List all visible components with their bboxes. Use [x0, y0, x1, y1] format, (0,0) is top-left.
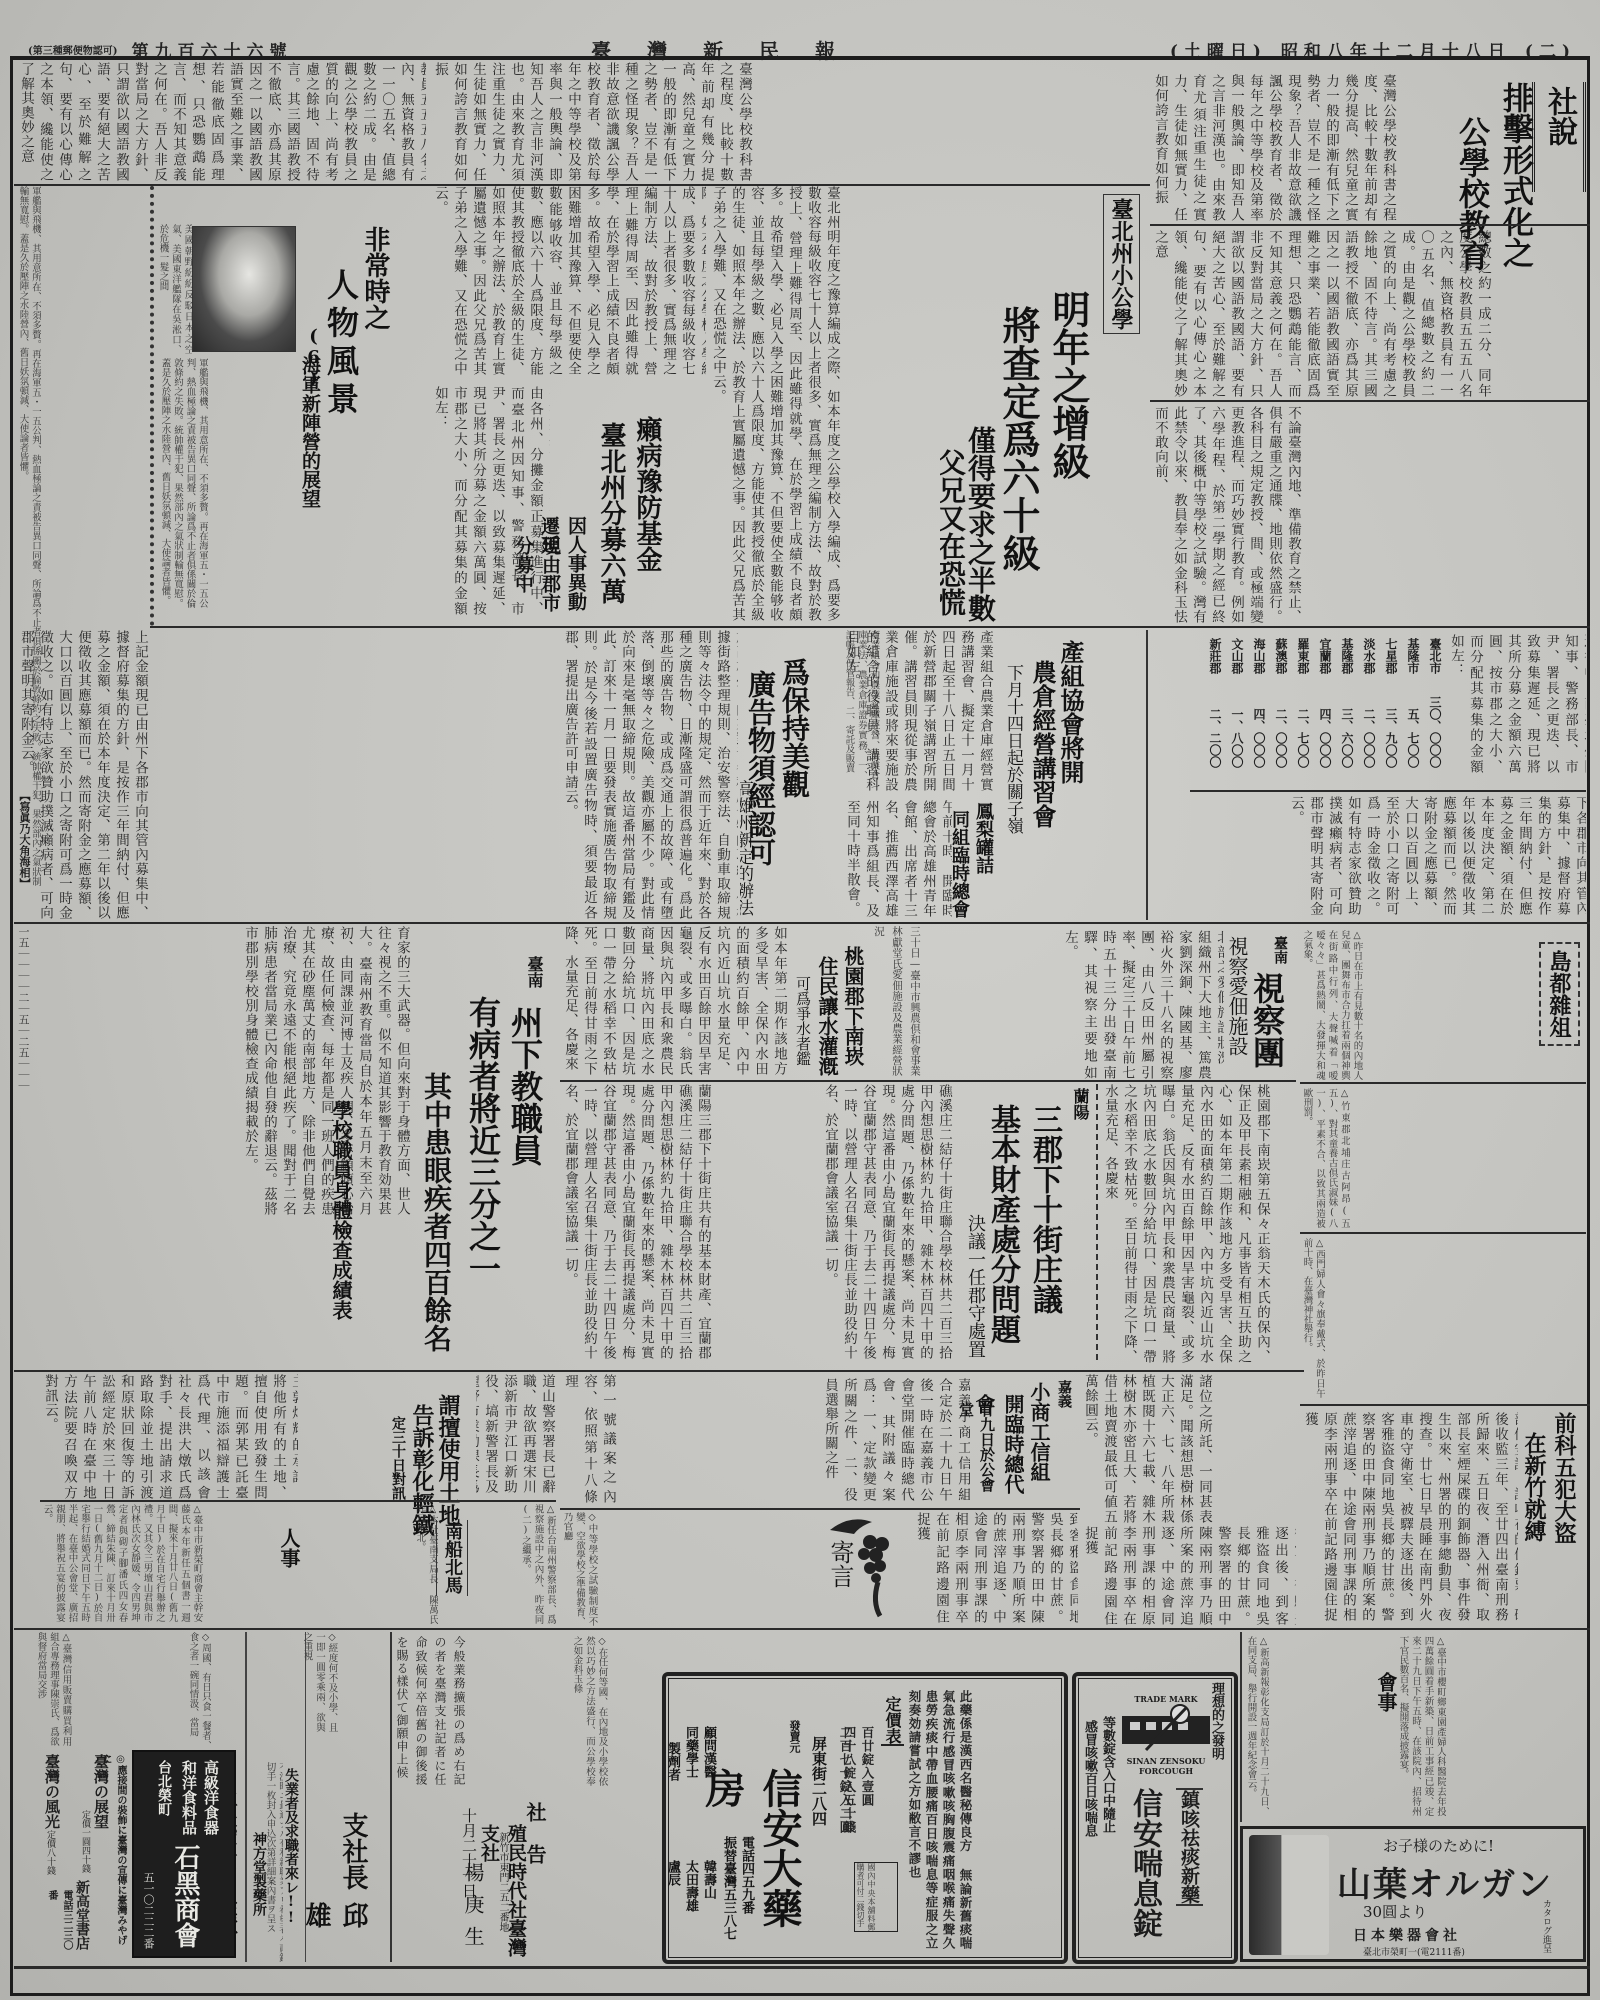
ad-yamaha-organ[interactable]: お子様のために! 山葉オルガン 30圓より 日本樂器會社 臺北市榮町一(電211…	[1240, 1826, 1586, 1962]
staff-member: 製劑者	[663, 1742, 682, 1781]
subheadline: 可爲爭水者鑑	[793, 976, 814, 1066]
table-row: 海山郡四、〇〇〇	[1246, 638, 1268, 768]
subheadline: 決議一任郡守處置	[962, 1214, 988, 1358]
column-events: 會事 △臺中市櫻町鄉東園產婦人科醫院去年投四萬餘圓着手新築、日前工事經已竣、定來…	[1240, 1632, 1586, 1822]
organ-tagline: お子様のために!	[1383, 1835, 1494, 1856]
tour-itinerary: 三十日—臺中市興農倶和會事業林獻堂氏愛佃施設及農業經營狀況	[870, 926, 1058, 1076]
book-title-1: 臺灣の展望	[91, 1754, 112, 1829]
subheadline: 高雄州新定的辦法	[740, 780, 756, 916]
newspaper-page: (二) 昭和八年十二月十八日 (土曜日) 臺灣新民報 第九百六十六號 (第三種郵…	[0, 0, 1600, 2000]
column-title: 南船北馬	[436, 1520, 468, 1596]
organ-address: 臺北市榮町一(電2111番)	[1363, 1945, 1465, 1958]
column-title: 寄言	[823, 1540, 858, 1588]
ad-shinan-pharmacy[interactable]: 此藥係是漢西名醫秘傳良方 無論新舊痰喘氣急流行感冒咳嗽咳胸腹震痛咽喉痛失聲久患勞…	[662, 1672, 1068, 1964]
trademark-logo-icon: TRADE MARK SINAN ZENSOKU FORCOUGH	[1116, 1694, 1216, 1774]
zensoku-product: 信安喘息錠	[1122, 1788, 1166, 1938]
article-property-end: 諸位之所託、一同甚表滿足。聞該想思樹林係大正六、七、八年所栽植既閱十六七載、雜木…	[1080, 1374, 1296, 1524]
organ-catalog: カタログ進呈	[1540, 1899, 1553, 1953]
divider	[14, 1370, 1304, 1372]
column-shipping: △新任台南州警察部長、爲視察施設中之內外、昨夜同(二)之繼承。 南船北馬 △本社…	[310, 1504, 556, 1624]
notice-company-name: 殖民時代社臺灣支社	[476, 1824, 530, 1962]
editorial-continued-left: 總數之約一成二分、同年度公學校教員五五五八名之內、無資格教員有一一〇五名、值總數…	[16, 62, 426, 182]
portrait-photo	[192, 226, 296, 352]
column-islet-miscellany: 島都雜俎 △昨日在市上有見數十名的內地人兒童、團舞布市合力扛着兩個神輿在街路中行…	[1300, 926, 1586, 1402]
editorial-body-1: 臺灣公學校教科書之程度、比較十數年前却有幾分提高、然兒童之實力一般的即漸有低下之…	[1150, 74, 1426, 222]
article-advert-regulation: 爲保持美觀 廣告物須經認可 高雄州新定的辦法	[740, 630, 840, 920]
table-row: 宜蘭郡四、〇〇〇	[1312, 638, 1334, 768]
ishiguro-phone: 五一〇二二二番	[140, 1872, 156, 1949]
divider	[40, 1500, 556, 1502]
health-table: 一五｜｜｜｜二｜五｜二五｜｜｜	[16, 926, 316, 1366]
article-thief-continued: 新竹州警務部長室於念五日夜、有梁上君子、趁空而入、此事在別項和文通信欄、已誌出。…	[1080, 1526, 1296, 1626]
article-chiayi: 嘉義 小商工信組 開臨時總代會 廿九日於公會堂 嘉義小商工信用組合定於二十九日午…	[820, 1374, 1078, 1504]
signer-name: 邱雄	[300, 1902, 372, 1962]
table-row: 基隆郡三、六〇〇	[1334, 638, 1356, 768]
table-row: 臺北市三〇、〇〇〇	[1422, 638, 1444, 768]
article-pineapple: 鳳梨罐詰 同組臨時總會 臺灣鳳梨罐詰同業組合、於二十六日午前十時、開臨時總會於高…	[842, 796, 998, 920]
table-row: 淡水郡二、〇〇〇	[1356, 638, 1378, 768]
ad-jobs[interactable]: 失業者及求職者來レ!! 不況時ニ最適ナル有利新職業アリ希望者ハ貳錢切手一枚封入申…	[246, 1632, 306, 1962]
seller-label: 發賣元	[786, 1720, 802, 1753]
series-title: 人物風景	[318, 268, 364, 420]
staff-member: 顧問漢醫	[699, 1726, 718, 1778]
headline: 臺北州分募六萬	[593, 422, 630, 604]
headline: 桃園郡下南崁	[839, 946, 868, 1066]
subheadline: 下月十四日起於關子嶺	[1001, 664, 1026, 834]
column-jiyan-items: ◇中等學校之試驗制度不變、空欲學校之準備教育、乃官廳	[560, 1512, 818, 1626]
ishiguro-location: 台北榮町	[154, 1760, 174, 1816]
leprosy-fund-table: 臺北市三〇、〇〇〇 基隆市五、七〇〇 七星郡三、九〇〇 淡水郡二、〇〇〇 基隆郡…	[1202, 638, 1444, 768]
column-personnel-continued: △臺灣信用販賣購買利用組合專務理事陳崇氏、爲欲與督府當局交涉	[34, 1632, 184, 1746]
feature-subtitle: 海軍新陣營的展望	[297, 356, 324, 508]
article-grade-body: 臺北州明年度之豫算編成之際、如本年度之公學校入學編成、爲要多數收容每級收容七十人…	[708, 186, 936, 622]
zensoku-tagline: 理想的之發明	[1207, 1682, 1226, 1760]
table-row: 七星郡三、九〇〇	[1378, 638, 1400, 768]
feature-people: 非常時之 人物風景 (6) 海軍新陣營的展望 △去年二月上海事件之當中、美國朝野…	[150, 186, 428, 626]
child-at-organ-illustration	[1249, 1835, 1329, 1955]
divider	[560, 1508, 1080, 1510]
article-property-body: 蘭陽三郡下十街庄共有的基本財產、宜蘭郡礁溪庄二結仔十街庄聯合學校林共二百三拾甲內…	[820, 1084, 958, 1360]
table-row: 羅東郡二、七〇〇	[1290, 638, 1312, 768]
pharmacy-phone: 電話四五九番	[737, 1836, 756, 1914]
divider	[1150, 224, 1590, 226]
notice-signer: ◇經度何不及小學、且一即一圓零乘兩、欲與之重視 支社長 邱雄	[300, 1632, 388, 1962]
article-lawsuit-body: 彰化輕鐵株式會社的自動車線路、即社口莊屯間的道路、說是沒有得彰化郡芬園庄社口業主…	[40, 1374, 298, 1500]
divider	[1150, 400, 1590, 402]
headline: 有病者將近三分之一	[460, 996, 506, 1284]
region-label: 臺北州小公學	[1103, 194, 1140, 334]
column-jiyan: 寄言 新竹州警務部長室於念五日夜、有梁上君子、趁空而入、此事在別項和文通信欄、已…	[820, 1512, 1078, 1626]
article-advert-body: 於高雄州、向來對于各種廣告物的取締、係根據街路整理規則、治安警察法、自動車取締規…	[560, 630, 738, 920]
ad-shinan-zensoku[interactable]: 感冒咳嗽百日咳喘息 等數錠含入口中隨止 TRADE MARK SINAN ZEN…	[1072, 1672, 1238, 1964]
article-teacher-health: 臺南 州下教職員 有病者將近三分之一	[460, 926, 556, 1366]
subheadline: 父兄又在恐慌中	[940, 448, 970, 622]
editorial-label: 社說	[1532, 82, 1586, 192]
headline: 明年之增級	[1041, 290, 1096, 480]
article-tainan-tour: 臺南 視察團 視察愛佃施設 臺南州農會爲要視察中北部之愛佃施設狀況、組織州下大地…	[1060, 926, 1296, 1086]
organ-price: 30圓より	[1363, 1901, 1427, 1922]
signer-title: 支社長	[335, 1812, 372, 1890]
article-lawsuit-text: 第一號議案之內容、依照第十八條理	[560, 1374, 818, 1504]
headline: 住民讓水灌漑	[813, 956, 842, 1076]
article-cooperative: 產組協會將開 農倉經營講習會 下月十四日起於關子嶺	[1000, 630, 1148, 920]
pharmacy-transfer: 振替臺灣五三八七	[719, 1836, 738, 1940]
article-property-body-2: 蘭陽三郡下十街庄共有的基本財產、宜蘭郡礁溪庄二結仔十街庄聯合學校林共二百三拾甲內…	[560, 1084, 818, 1360]
headline: 三郡下十街庄議	[1022, 1104, 1066, 1314]
divider	[150, 626, 1590, 628]
divider	[1300, 1404, 1590, 1406]
headline: 爲保持美觀	[774, 658, 814, 798]
editorial-body-3: 不論臺灣內地、準備教育之禁止、俱有嚴重之通牒、地則依然盛行。各科目之規定教授、間…	[1150, 406, 1586, 624]
zensoku-dosage: 等數錠含入口中隨止	[1098, 1716, 1117, 1833]
book-title-2: 臺灣の風光	[42, 1754, 63, 1829]
article-irrigation-continued: 桃園郡下南崁第五保々正翁天木氏的保內、保正及甲長素相融和、凡事皆有相互扶助之心、…	[1100, 1084, 1296, 1364]
bookstore-phone: 電話三二三〇番	[44, 1890, 74, 1958]
staff-name: 太田壽雄	[681, 1860, 700, 1912]
column-personnel: 人事 △臺中市新榮町商會主幹安藤氏本年新任五個書一週間、擬來十月廿八日(舊九月十…	[40, 1504, 308, 1624]
region-label: 蘭陽	[1069, 1088, 1092, 1120]
editorial-body-2: 總數之約一成二分、同年度公學校教員五五五八名之內、無資格教員有一一〇五名、值總數…	[1150, 230, 1586, 398]
article-thief: 前科五犯大盜 在新竹就縛 新竹州警務部長室於念五日夜、有梁上君子、趁空而入、此事…	[1300, 1408, 1586, 1626]
table-row: 文山郡一、八〇〇	[1224, 638, 1246, 768]
organ-brand: 山葉オルガン	[1337, 1857, 1553, 1906]
divider	[14, 922, 1590, 924]
jobs-headline: 失業者及求職者來レ!!	[281, 1768, 301, 1926]
headline: 癩病豫防基金	[629, 416, 666, 572]
column-title: 人事	[275, 1528, 304, 1568]
ad-ishiguro-shokai[interactable]: 高級洋食器 和洋食料品 台北榮町 石黑商會 五一〇二二二番	[132, 1750, 236, 1958]
jobs-company: 神方堂製藥所	[249, 1832, 269, 1916]
bottom-rule	[14, 1966, 1590, 1969]
region-label: 臺南	[523, 956, 546, 988]
health-table-title: 學校職員身體檢查成績表	[320, 1090, 360, 1360]
grape-logo-icon: 寄言	[820, 1512, 910, 1622]
article-irrigation-body: 桃園郡下南崁第五保々正翁天木氏的保內、保正及甲長素相融和、凡事皆有相互扶助之心、…	[560, 926, 788, 1076]
book-price-1: 定價一圓四十錢	[79, 1810, 92, 1873]
table-row: 基隆市五、七〇〇	[1400, 638, 1422, 768]
zensoku-side-text: 感冒咳嗽百日咳喘息	[1080, 1720, 1099, 1837]
article-leprosy-fund: 臺北州明年度之豫算編成之際、如本年度之公學校入學編成、爲要多數收容每級收容七十人…	[430, 186, 706, 626]
table-row: 一五｜｜｜｜二｜五｜二五｜｜｜	[16, 926, 31, 1366]
leprosy-table-block: 臺北市三〇、〇〇〇 基隆市五、七〇〇 七星郡三、九〇〇 淡水郡二、〇〇〇 基隆郡…	[1150, 630, 1586, 920]
headline: 鳳梨罐詰	[970, 802, 996, 874]
pharmacy-address: 屏東街二八四	[809, 1736, 830, 1826]
table-row: 蘇澳郡二、〇〇〇	[1268, 638, 1290, 768]
organ-company: 日本樂器會社	[1353, 1925, 1461, 1945]
article-irrigation: 桃園郡下南崁 住民讓水灌漑 可爲爭水者鑑	[790, 926, 870, 1076]
article-grade-increase: 臺北州小公學 明年之增級 將查定爲六十級 僅得要求之半數 父兄又在恐慌中	[940, 186, 1148, 622]
book-price-2: 定價八十錢	[44, 1830, 57, 1875]
region-label: 嘉義	[1054, 1380, 1074, 1408]
region-label: 臺南	[1270, 936, 1290, 964]
headline: 農倉經營講習會	[1025, 660, 1060, 828]
ishiguro-line-1: 高級洋食器	[201, 1760, 222, 1835]
postal-note: (第三種郵便物認可)	[28, 42, 117, 57]
editorial-continued: 臺灣公學校教科書之程度、比較十數年前却有幾分提高、然兒童之實力一般的即漸有低下之…	[430, 62, 1145, 182]
column-title: 島都雜俎	[1539, 942, 1580, 1046]
table-row: 新莊郡二、二〇〇	[1202, 638, 1224, 768]
staff-member: 同藥學士	[681, 1726, 700, 1778]
staff-name: 盧辰	[663, 1860, 682, 1886]
headline: 在新竹就縛	[1519, 1432, 1550, 1542]
headline: 前科五犯大盜	[1549, 1412, 1580, 1544]
article-teacher-health-sub: 其中患眼疾者四百餘名	[420, 926, 460, 1366]
divider	[560, 1080, 1296, 1082]
divider	[14, 1628, 1590, 1630]
ishiguro-line-2: 和洋食料品	[179, 1760, 200, 1835]
article-property: 蘭陽 三郡下十街庄議 基本財產處分問題 決議一任郡守處置	[960, 1084, 1098, 1360]
subheadline: 定三十日對訊	[388, 1416, 408, 1500]
article-leprosy-continued: 上記金額現已由州下各郡市向其管內募集中、據督府募集的方針、是按作三年間納付、但應…	[16, 630, 556, 920]
article-cooperative-subjects: 產業組合和農業倉庫經營、農業倉庫業法、農業倉庫證券實務、一、記帳及保管報告、二、…	[842, 630, 882, 780]
staff-name: 韓壽山	[699, 1860, 718, 1899]
ad-photo-school-header: ◇周國、有日只食一餐者、食之者一碗同情汲、當局	[186, 1632, 246, 1750]
headline: 州下教職員	[502, 1006, 548, 1166]
subheadline: 其中患眼疾者四百餘名	[420, 1072, 456, 1352]
ad-bookstore[interactable]: ◎應接間の裝飾に臺灣の宣傳に臺灣みやげに 臺灣の展望 定價一圓四十錢 新高堂書店…	[34, 1750, 130, 1958]
ishiguro-company: 石黑商會	[167, 1844, 204, 1948]
subheadline: 視察愛佃施設	[1223, 936, 1252, 1056]
headline: 小商工信組	[1025, 1382, 1054, 1482]
zensoku-slogan: 鎮咳祛痰新藥	[1176, 1788, 1203, 1906]
notice-company-sign: 十月二十一日 殖民時代社臺灣支社	[380, 1804, 540, 1962]
bookstore-name: 新高堂書店	[72, 1880, 92, 1950]
